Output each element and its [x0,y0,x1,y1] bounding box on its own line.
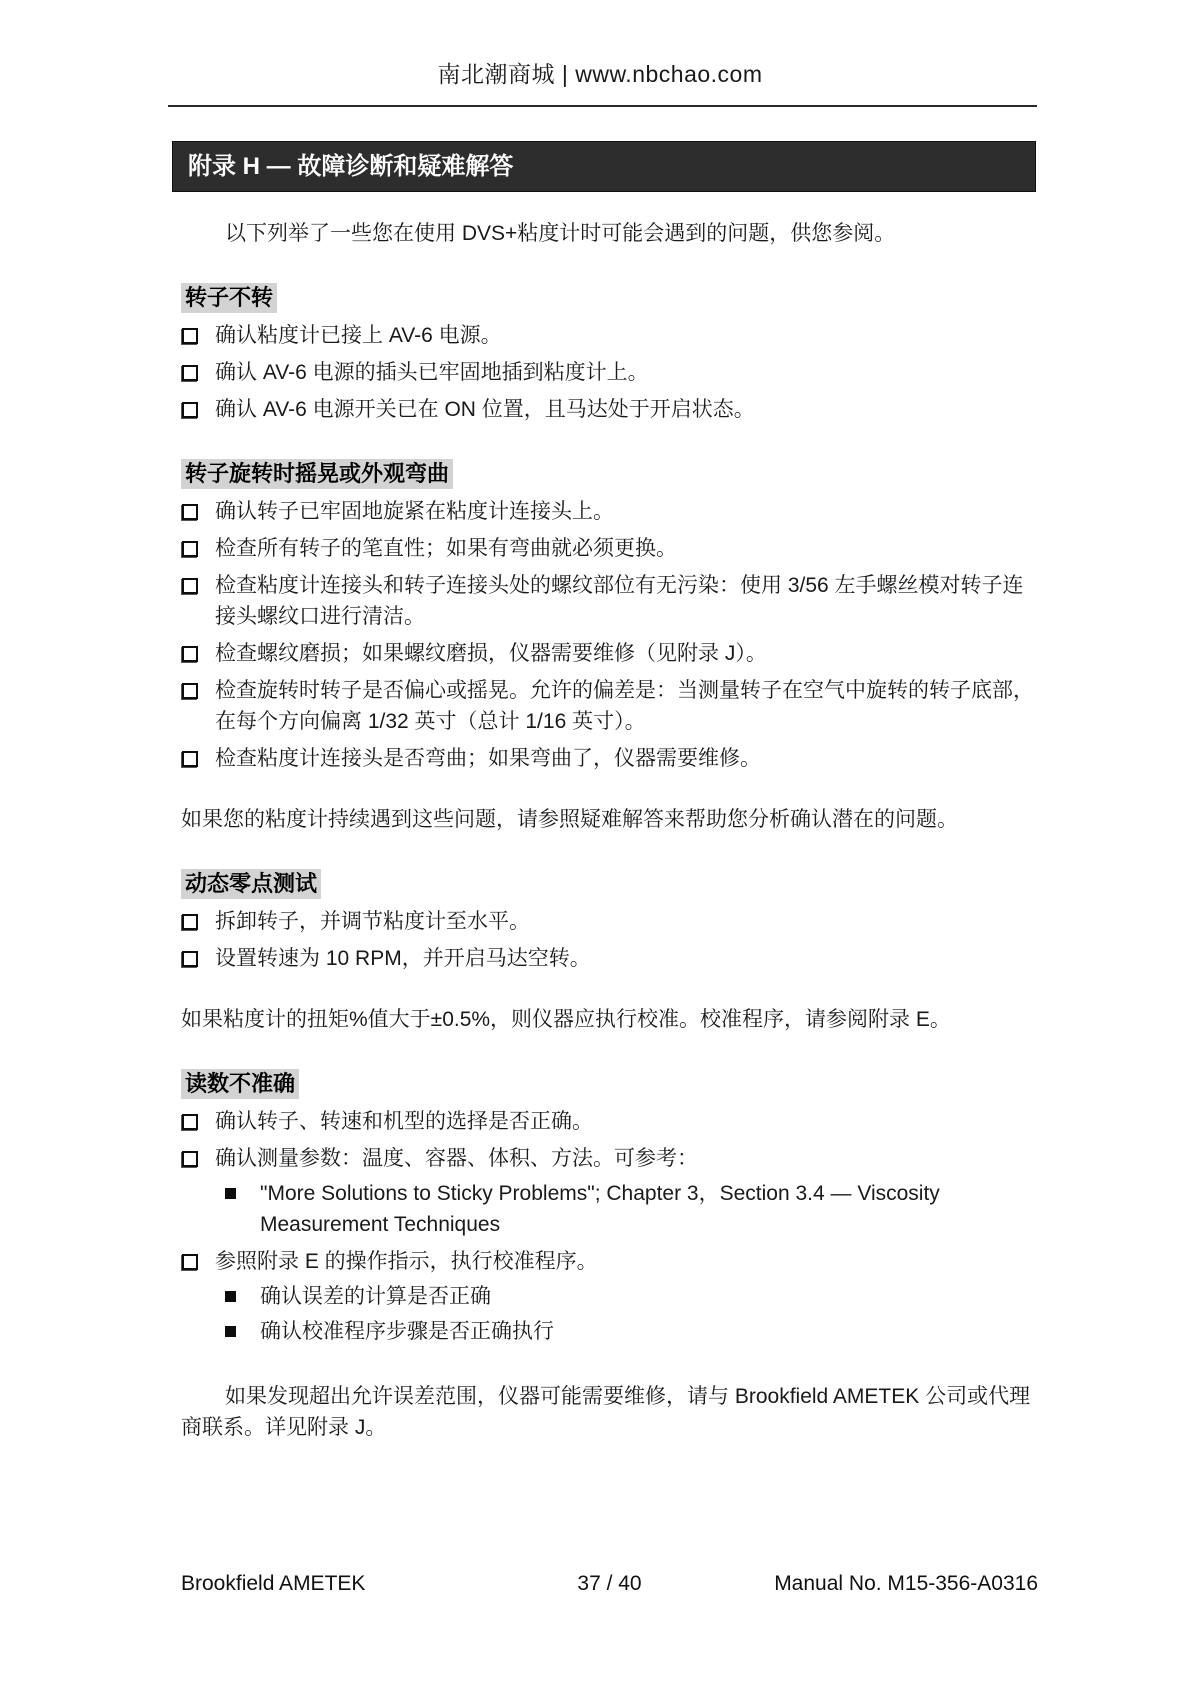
checkbox-icon [182,328,198,344]
bullet-square-icon [225,1188,236,1199]
checklist-item-text: 确认粘度计已接上 AV-6 电源。 [215,324,502,347]
section-heading: 转子不转 [181,283,277,313]
checklist-item: 确认转子、转速和机型的选择是否正确。 [181,1106,1038,1137]
checklist-item-text: 拆卸转子，并调节粘度计至水平。 [215,910,530,933]
checklist-item-text: 检查所有转子的笔直性；如果有弯曲就必须更换。 [215,537,677,560]
page-content: 以下列举了一些您在使用 DVS+粘度计时可能会遇到的问题，供您参阅。 转子不转 … [181,218,1038,1443]
checklist-item-text: 检查螺纹磨损；如果螺纹磨损，仪器需要维修（见附录 J）。 [215,642,767,665]
checkbox-icon [182,578,198,594]
section-heading: 转子旋转时摇晃或外观弯曲 [181,459,453,489]
sub-bullet-item: 确认校准程序步骤是否正确执行 [181,1316,1038,1347]
checklist-item-text: 确认转子、转速和机型的选择是否正确。 [215,1110,593,1133]
page-footer: Brookfield AMETEK 37 / 40 Manual No. M15… [181,1572,1038,1596]
checkbox-icon [182,914,198,930]
checklist-item-text: 检查旋转时转子是否偏心或摇晃。允许的偏差是：当测量转子在空气中旋转的转子底部，在… [215,679,1034,733]
checkbox-icon [182,541,198,557]
section-heading: 动态零点测试 [181,869,321,899]
checklist-item-text: 检查粘度计连接头和转子连接头处的螺纹部位有无污染：使用 3/56 左手螺丝模对转… [215,574,1024,628]
closing-paragraph: 如果发现超出允许误差范围，仪器可能需要维修，请与 Brookfield AMET… [181,1381,1038,1443]
checklist: 确认转子已牢固地旋紧在粘度计连接头上。 检查所有转子的笔直性；如果有弯曲就必须更… [181,496,1038,774]
section-dynamic-zero-test: 动态零点测试 拆卸转子，并调节粘度计至水平。 设置转速为 10 RPM，并开启马… [181,835,1038,974]
checklist-item: 确认转子已牢固地旋紧在粘度计连接头上。 [181,496,1038,527]
checklist-item: 参照附录 E 的操作指示，执行校准程序。 [181,1246,1038,1277]
checklist-item: 检查旋转时转子是否偏心或摇晃。允许的偏差是：当测量转子在空气中旋转的转子底部，在… [181,675,1038,737]
footer-manual-number: Manual No. M15-356-A0316 [752,1572,1038,1596]
checkbox-icon [182,683,198,699]
checkbox-icon [182,951,198,967]
appendix-banner: 附录 H — 故障诊断和疑难解答 [172,141,1036,192]
paragraph-torque-calibration: 如果粘度计的扭矩%值大于±0.5%，则仪器应执行校准。校准程序，请参阅附录 E。 [181,1004,1038,1035]
sub-bullet-item: 确认误差的计算是否正确 [181,1281,1038,1312]
checklist-item-text: 参照附录 E 的操作指示，执行校准程序。 [215,1250,598,1273]
section-inaccurate-readings: 读数不准确 确认转子、转速和机型的选择是否正确。 确认测量参数：温度、容器、体积… [181,1035,1038,1347]
checklist-item-text: 确认 AV-6 电源的插头已牢固地插到粘度计上。 [215,361,649,384]
checklist-item: 检查螺纹磨损；如果螺纹磨损，仪器需要维修（见附录 J）。 [181,638,1038,669]
checkbox-icon [182,1151,198,1167]
checklist-item: 确认粘度计已接上 AV-6 电源。 [181,320,1038,351]
checkbox-icon [182,365,198,381]
footer-page-number: 37 / 40 [467,1572,753,1596]
section-spindle-not-rotating: 转子不转 确认粘度计已接上 AV-6 电源。 确认 AV-6 电源的插头已牢固地… [181,249,1038,425]
checklist-item-text: 设置转速为 10 RPM，并开启马达空转。 [215,947,591,970]
checkbox-icon [182,504,198,520]
checklist-item: 设置转速为 10 RPM，并开启马达空转。 [181,943,1038,974]
checklist-item-text: 确认测量参数：温度、容器、体积、方法。可参考： [215,1147,698,1170]
checklist: 确认粘度计已接上 AV-6 电源。 确认 AV-6 电源的插头已牢固地插到粘度计… [181,320,1038,425]
checklist-item: 检查粘度计连接头是否弯曲；如果弯曲了，仪器需要维修。 [181,743,1038,774]
checklist-item-text: 确认转子已牢固地旋紧在粘度计连接头上。 [215,500,614,523]
checkbox-icon [182,646,198,662]
checklist: 拆卸转子，并调节粘度计至水平。 设置转速为 10 RPM，并开启马达空转。 [181,906,1038,974]
section-heading: 读数不准确 [181,1069,299,1099]
footer-company: Brookfield AMETEK [181,1572,467,1596]
site-header-text: 南北潮商城 | www.nbchao.com [0,0,1200,89]
checklist-item: 检查所有转子的笔直性；如果有弯曲就必须更换。 [181,533,1038,564]
sub-bullet-text: 确认校准程序步骤是否正确执行 [260,1320,554,1343]
appendix-banner-title: 附录 H — 故障诊断和疑难解答 [188,153,513,180]
checklist-item-text: 检查粘度计连接头是否弯曲；如果弯曲了，仪器需要维修。 [215,747,761,770]
sub-bullet-text: "More Solutions to Sticky Problems"; Cha… [260,1182,940,1236]
manual-page: 南北潮商城 | www.nbchao.com 附录 H — 故障诊断和疑难解答 … [0,0,1200,1443]
checkbox-icon [182,751,198,767]
sub-bullet-text: 确认误差的计算是否正确 [260,1285,491,1308]
header-divider [168,105,1037,107]
checklist-item: 拆卸转子，并调节粘度计至水平。 [181,906,1038,937]
checklist-item: 确认 AV-6 电源的插头已牢固地插到粘度计上。 [181,357,1038,388]
intro-paragraph: 以下列举了一些您在使用 DVS+粘度计时可能会遇到的问题，供您参阅。 [181,218,1038,249]
checklist-item-text: 确认 AV-6 电源开关已在 ON 位置，且马达处于开启状态。 [215,398,755,421]
bullet-square-icon [225,1291,236,1302]
checkbox-icon [182,1254,198,1270]
checkbox-icon [182,402,198,418]
paragraph-persistent-problems: 如果您的粘度计持续遇到这些问题，请参照疑难解答来帮助您分析确认潜在的问题。 [181,804,1038,835]
checklist-item: 检查粘度计连接头和转子连接头处的螺纹部位有无污染：使用 3/56 左手螺丝模对转… [181,570,1038,632]
checklist-item: 确认 AV-6 电源开关已在 ON 位置，且马达处于开启状态。 [181,394,1038,425]
sub-bullet-item: "More Solutions to Sticky Problems"; Cha… [181,1178,1038,1240]
bullet-square-icon [225,1326,236,1337]
checklist-item: 确认测量参数：温度、容器、体积、方法。可参考： [181,1143,1038,1174]
checkbox-icon [182,1114,198,1130]
section-spindle-wobble: 转子旋转时摇晃或外观弯曲 确认转子已牢固地旋紧在粘度计连接头上。 检查所有转子的… [181,425,1038,774]
checklist: 确认转子、转速和机型的选择是否正确。 确认测量参数：温度、容器、体积、方法。可参… [181,1106,1038,1347]
